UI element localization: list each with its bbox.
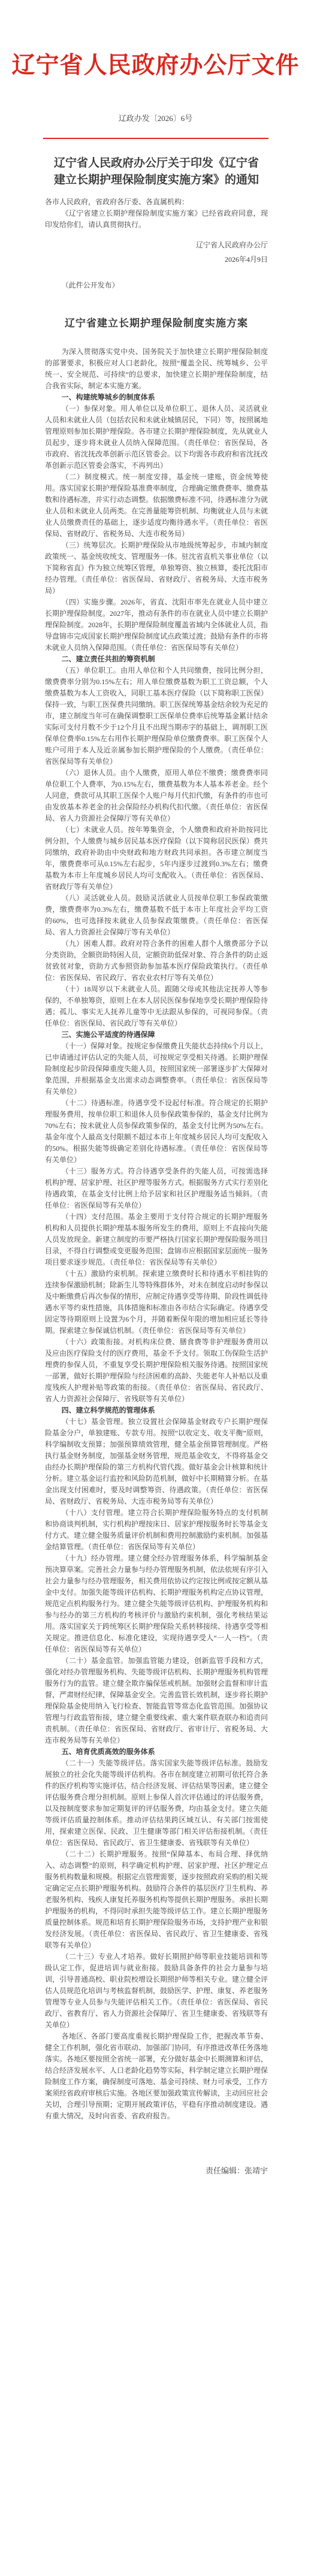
section-paragraph: （二十）基金监管。加强监管能力建设，创新监管手段和方式，强化对经办管理服务机构、…	[45, 1655, 268, 1746]
section-paragraph: （五）单位职工。由用人单位和个人共同缴费，按同比例分担，缴费费率分别为0.15%…	[45, 665, 268, 767]
section-paragraph: （三）统筹层次。长期护理保险从市地级统筹起步，市域内制度政策统一、基金统收统支、…	[45, 540, 268, 597]
section-paragraph: （十六）政策衔接。对机构床位费、膳食费等非护理服务费用以及应由医疗保险支付的医疗…	[45, 1337, 268, 1405]
document-page: 辽宁省人民政府办公厅文件 辽政办发〔2026〕6号 辽宁省人民政府办公厅关于印发…	[0, 0, 311, 2576]
issue-date: 2026年4月9日	[45, 254, 268, 265]
section-paragraph: （十一）保障对象。按规定参保缴费且失能状态持续6个月以上，已申请通过评估认定的失…	[45, 1041, 268, 1097]
document-header-title: 辽宁省人民政府办公厅文件	[0, 54, 311, 78]
section-paragraph: （十八）支付管理。建立符合长期护理保险服务特点的支付机制和协商谈判机制，实行机构…	[45, 1507, 268, 1553]
plan-sections: 一、构建统筹城乡的制度体系（一）参保对象。用人单位以及单位职工、退休人员、灵活就…	[45, 392, 268, 2031]
section-paragraph: （二十一）失能等级评估。落实国家失能等级评估标准。鼓励发展独立的社会化失能等级评…	[45, 1758, 268, 1849]
document-number: 辽政办发〔2026〕6号	[0, 112, 311, 123]
section-paragraph: （十）18周岁以下未就业人员。跟随父母或其他法定抚养人等参保的，不单独筹资，原则…	[45, 984, 268, 1029]
plan-title: 辽宁省建立长期护理保险制度实施方案	[45, 318, 268, 329]
section-paragraph: （十九）经办管理。建立健全经办管理服务体系，科学编制基金预决算草案。完善社会力量…	[45, 1553, 268, 1655]
section-paragraph: （一）参保对象。用人单位以及单位职工、退休人员、灵活就业人员和未就业人员（包括农…	[45, 403, 268, 471]
section-heading: 一、构建统筹城乡的制度体系	[45, 392, 268, 403]
red-divider-rule	[43, 138, 268, 139]
notice-title: 辽宁省人民政府办公厅关于印发《辽宁省建立长期护理保险制度实施方案》的通知	[50, 155, 263, 189]
section-paragraph: （二）制度模式。统一制度安排，基金统一建账，资金统筹使用。落实国家长期护理保险基…	[45, 471, 268, 540]
signature-block: 辽宁省人民政府办公厅 2026年4月9日	[45, 240, 268, 265]
publish-note: （此件公开发布）	[45, 280, 268, 291]
section-heading: 五、培育优质高效的服务体系	[45, 1746, 268, 1758]
editor-note: 责任编辑：张靖宇	[45, 2165, 268, 2176]
plan-intro: 为深入贯彻落实党中央、国务院关于加快建立长期护理保险制度的部署要求，积极应对人口…	[45, 346, 268, 392]
section-paragraph: （十三）服务方式。符合待遇享受条件的失能人员，可按需选择机构护理、居家护理、社区…	[45, 1166, 268, 1211]
closing-paragraph: 各地区、各部门要高度重视长期护理保险工作，把握改革节奏、健全工作机制，强化省市联…	[45, 2031, 268, 2122]
section-paragraph: （十七）基金管理。独立设置社会保障基金财政专户长期护理保险基金分户，单独建账、专…	[45, 1416, 268, 1507]
section-paragraph: （八）灵活就业人员。鼓励灵活就业人员按单位职工参保政策缴费，缴费费率为0.3%左…	[45, 893, 268, 938]
section-heading: 四、建立科学规范的管理体系	[45, 1405, 268, 1416]
notice-body: 《辽宁省建立长期护理保险制度实施方案》已经省政府同意，现印发给你们，请认真贯彻执…	[45, 208, 268, 231]
section-paragraph: （九）困难人群。政府对符合条件的困难人群个人缴费部分予以分类资助，全额资助特困人…	[45, 938, 268, 984]
section-paragraph: （十五）激励约束机制。探索建立缴费时长和待遇水平相挂钩的连续参保激励机制；除新生…	[45, 1268, 268, 1337]
notice-salutation: 各市人民政府，省政府各厅委、各直属机构：	[45, 196, 268, 208]
section-paragraph: （七）未就业人员。按年筹集资金，个人缴费和政府补助按同比例分担，个人缴费与城乡居…	[45, 824, 268, 893]
section-heading: 二、建立责任共担的筹资机制	[45, 654, 268, 665]
section-paragraph: （二十二）长期护理服务。按照“保障基本、布局合理、择优纳入、动态调整”的原则，科…	[45, 1849, 268, 1951]
section-paragraph: （六）退休人员。由个人缴费，原用人单位不缴费；缴费费率同单位职工个人费率，为0.…	[45, 767, 268, 824]
section-paragraph: （十二）待遇标准。待遇享受不设起付标准。符合规定的长期护理服务费用，按单位职工和…	[45, 1097, 268, 1166]
document-content: 辽宁省人民政府办公厅关于印发《辽宁省建立长期护理保险制度实施方案》的通知 各市人…	[0, 155, 311, 2176]
section-paragraph: （四）实施步骤。2026年，省直、沈阳市率先在就业人员中建立长期护理保险制度。2…	[45, 597, 268, 654]
section-paragraph: （二十三）专业人才培养。做好长期照护师等职业技能培训和等级认定工作，促进培训与就…	[45, 1951, 268, 2031]
issuer-name: 辽宁省人民政府办公厅	[45, 240, 268, 251]
section-paragraph: （十四）支付范围。基金主要用于支付符合规定的长期护理服务机构和人员提供长期护理基…	[45, 1211, 268, 1268]
section-heading: 三、实施公平适度的待遇保障	[45, 1029, 268, 1041]
